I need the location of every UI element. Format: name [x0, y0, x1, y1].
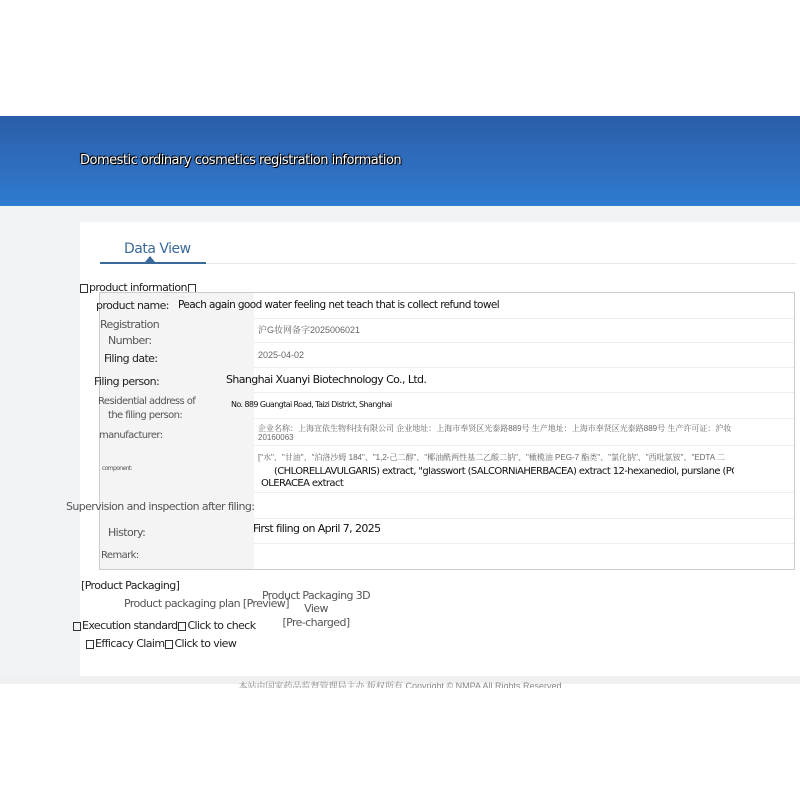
label-residential-address-2: the filing person: — [108, 408, 182, 423]
tab-caret-icon — [145, 256, 155, 262]
efficacy-claim-link[interactable]: Click to view — [174, 637, 236, 650]
bracket-icon — [73, 622, 81, 631]
label-product-name: product name: — [96, 298, 169, 313]
label-manufacturer: manufacturer: — [99, 428, 163, 443]
bracket-icon — [80, 284, 88, 293]
value-manufacturer-2: 20160063 — [258, 433, 294, 443]
row-filing-person — [100, 367, 794, 393]
label-registration-number-2: Number: — [108, 333, 152, 348]
value-filing-date: 2025-04-02 — [258, 350, 304, 360]
value-registration-number: 沪G妆网备字2025006021 — [258, 325, 360, 335]
row-history — [100, 518, 794, 544]
label-supervision: Supervision and inspection after filing: — [66, 499, 254, 514]
tab-data-view[interactable]: Data View — [124, 241, 191, 257]
tab-active-indicator — [100, 262, 206, 264]
packaging-title: [Product Packaging] — [81, 579, 179, 592]
label-remark: Remark: — [101, 548, 139, 563]
header-banner: Domestic ordinary cosmetics registration… — [0, 116, 800, 206]
packaging-3d-view-link[interactable]: Product Packaging 3D View [Pre-charged] — [260, 589, 372, 629]
execution-standard-row: Execution standardClick to check — [72, 619, 256, 632]
bracket-icon — [165, 640, 173, 649]
value-component-1: ["水"、"甘油"、"泊洛沙姆 184"、"1,2-己二醇"、"椰油酰两性基二乙… — [258, 453, 748, 463]
row-residential-address — [100, 392, 794, 419]
efficacy-claim-row: Efficacy ClaimClick to view — [85, 637, 236, 650]
label-filing-person: Filing person: — [94, 374, 159, 389]
value-residential-address: No. 889 Guangtai Road, Taizi District, S… — [231, 400, 392, 410]
bracket-icon — [178, 622, 186, 631]
row-remark — [100, 543, 794, 569]
page-title: Domestic ordinary cosmetics registration… — [80, 153, 401, 168]
label-component: component: — [102, 465, 132, 473]
efficacy-claim-label: Efficacy Claim — [95, 637, 164, 650]
packaging-3d-view-line1: Product Packaging 3D View — [260, 589, 372, 615]
value-manufacturer-1: 企业名称：上海宣依生物科技有限公司 企业地址：上海市奉贤区光泰路889号 生产地… — [258, 424, 748, 434]
value-history: First filing on April 7, 2025 — [253, 524, 381, 534]
value-component-overlay-2: OLERACEA extract — [261, 479, 343, 489]
label-residential-address-1: Residential address of — [98, 394, 195, 409]
tab-divider — [206, 263, 796, 264]
label-history: History: — [108, 525, 145, 540]
execution-standard-link[interactable]: Click to check — [187, 619, 255, 632]
row-registration-number — [100, 318, 794, 343]
label-registration-number-1: Registration — [100, 317, 159, 332]
footer-copyright: 本站由国家药品监督管理局主办 版权所有 Copyright © NMPA All… — [0, 679, 800, 688]
bracket-icon — [86, 640, 94, 649]
row-filing-date — [100, 342, 794, 368]
execution-standard-label: Execution standard — [82, 619, 177, 632]
label-filing-date: Filing date: — [104, 351, 157, 366]
value-product-name: Peach again good water feeling net teach… — [178, 300, 499, 310]
packaging-3d-view-line2: [Pre-charged] — [260, 616, 372, 629]
value-component-overlay-1: (CHLORELLAVULGARIS) extract, "glasswort … — [274, 467, 734, 477]
value-filing-person: Shanghai Xuanyi Biotechnology Co., Ltd. — [226, 375, 426, 385]
